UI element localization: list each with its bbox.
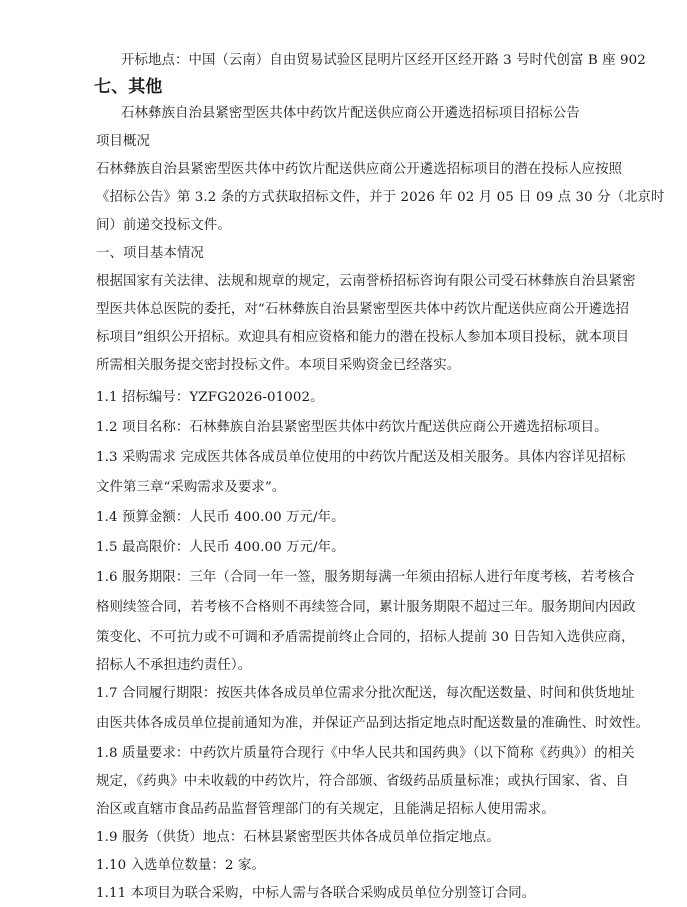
document-line: 1.4 预算金额：人民币 400.00 万元/年。: [96, 510, 345, 526]
document-line: 开标地点：中国（云南）自由贸易试验区昆明片区经开区经开路 3 号时代创富 B 座…: [121, 53, 646, 69]
document-line: 1.6 服务期限：三年（合同一年一签，服务期每满一年须由招标人进行年度考核，若考…: [96, 570, 635, 586]
document-line: 1.1 招标编号：YZFG2026-01002。: [96, 390, 324, 406]
document-line: 规定，《药典》中未收载的中药饮片，符合部颁、省级药品质量标准；或执行国家、省、自: [96, 774, 629, 790]
document-line: 文件第三章“采购需求及要求”。: [96, 480, 285, 496]
document-line: 治区或直辖市食品药品监督管理部门的有关规定，且能满足招标人使用需求。: [96, 802, 555, 818]
document-line: 标项目”组织公开招标。欢迎具有相应资格和能力的潜在投标人参加本项目投标，就本项目: [96, 330, 629, 346]
document-line: 间）前递交投标文件。: [96, 218, 231, 234]
document-line: 所需相关服务提交密封投标文件。本项目采购资金已经落实。: [96, 358, 460, 374]
document-line: 型医共体总医院的委托，对“石林彝族自治县紧密型医共体中药饮片配送供应商公开遴选招: [96, 302, 629, 318]
document-page: 开标地点：中国（云南）自由贸易试验区昆明片区经开区经开路 3 号时代创富 B 座…: [0, 0, 687, 907]
document-line: 一、项目基本情况: [96, 246, 204, 262]
document-line: 1.7 合同履行期限：按医共体各成员单位需求分批次配送，每次配送数量、时间和供货…: [96, 686, 635, 702]
document-line: 项目概况: [96, 134, 150, 150]
document-line: 格则续签合同，若考核不合格则不再续签合同，累计服务期限不超过三年。服务期间内因政: [96, 600, 636, 616]
document-line: 石林彝族自治县紧密型医共体中药饮片配送供应商公开遴选招标项目的潜在投标人应按照: [96, 162, 622, 178]
document-line: 1.11 本项目为联合采购，中标人需与各联合采购成员单位分别签订合同。: [96, 886, 535, 902]
document-line: 1.10 入选单位数量：2 家。: [96, 858, 265, 874]
document-line: 1.5 最高限价：人民币 400.00 万元/年。: [96, 540, 345, 556]
document-line: 1.3 采购需求 完成医共体各成员单位使用的中药饮片配送及相关服务。具体内容详见…: [96, 450, 625, 466]
section-heading: 七、其他: [94, 79, 162, 95]
document-line: 1.2 项目名称：石林彝族自治县紧密型医共体中药饮片配送供应商公开遴选招标项目。: [96, 420, 608, 436]
document-line: 根据国家有关法律、法规和规章的规定，云南誉桥招标咨询有限公司受石林彝族自治县紧密: [96, 274, 636, 290]
document-line: 1.8 质量要求：中药饮片质量符合现行《中华人民共和国药典》（以下简称《药典》）…: [96, 746, 635, 762]
document-line: 《招标公告》第 3.2 条的方式获取招标文件，并于 2026 年 02 月 05…: [96, 190, 665, 206]
document-line: 由医共体各成员单位提前通知为准，并保证产品到达指定地点时配送数量的准确性、时效性…: [96, 716, 649, 732]
document-line: 策变化、不可抗力或不可调和矛盾需提前终止合同的，招标人提前 30 日告知入选供应…: [96, 630, 635, 646]
document-line: 招标人不承担违约责任）。: [96, 658, 251, 674]
document-line: 石林彝族自治县紧密型医共体中药饮片配送供应商公开遴选招标项目招标公告: [121, 106, 580, 122]
document-line: 1.9 服务（供货）地点：石林县紧密型医共体各成员单位指定地点。: [96, 830, 500, 846]
